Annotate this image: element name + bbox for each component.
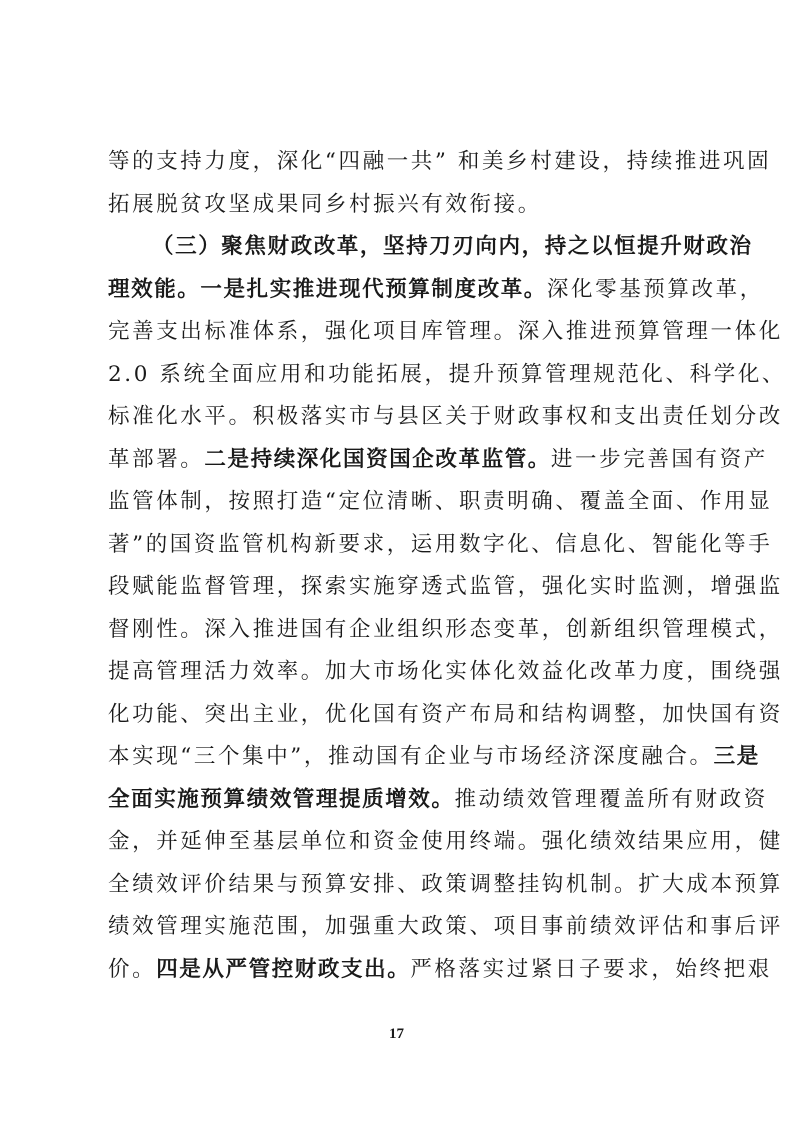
- bold-lead-text: 理效能。一是扎实推进现代预算制度改革。: [108, 277, 547, 302]
- bold-lead-text: 四是从严管控财政支出。: [156, 957, 410, 982]
- text-segment: 深化零基预算改革，: [547, 277, 764, 302]
- paragraph-line: 理效能。一是扎实推进现代预算制度改革。深化零基预算改革，: [108, 276, 688, 304]
- paragraph-line: 监管体制，按照打造“定位清晰、职责明确、覆盖全面、作用显: [108, 488, 688, 516]
- text-segment: 拓展脱贫攻坚成果同乡村振兴有效衔接。: [108, 192, 542, 217]
- paragraph-line: 革部署。二是持续深化国资国企改革监管。进一步完善国有资产: [108, 446, 688, 474]
- text-segment: 监管体制，按照打造“定位清晰、职责明确、覆盖全面、作用显: [108, 489, 772, 514]
- bold-lead-text: 三是: [714, 744, 760, 769]
- page-number: 17: [0, 1026, 793, 1043]
- text-segment: 全绩效评价结果与预算安排、政策调整挂钩机制。扩大成本预算: [108, 872, 783, 897]
- text-segment: 革部署。: [108, 447, 204, 472]
- paragraph-line: 化功能、突出主业，优化国有资产布局和结构调整，加快国有资: [108, 701, 688, 729]
- paragraph-line: 金，并延伸至基层单位和资金使用终端。强化绩效结果应用，健: [108, 828, 688, 856]
- text-segment: 价。: [108, 957, 156, 982]
- paragraph-line: 拓展脱贫攻坚成果同乡村振兴有效衔接。: [108, 191, 688, 219]
- text-segment: 严格落实过紧日子要求，始终把艰: [410, 957, 772, 982]
- section-heading: （三）聚焦财政改革，坚持刀刃向内，持之以恒提升财政治: [152, 233, 732, 261]
- paragraph-line: 全绩效评价结果与预算安排、政策调整挂钩机制。扩大成本预算: [108, 871, 688, 899]
- text-segment: 金，并延伸至基层单位和资金使用终端。强化绩效结果应用，健: [108, 829, 783, 854]
- text-segment: 绩效管理实施范围，加强重大政策、项目事前绩效评估和事后评: [108, 914, 783, 939]
- text-segment: 完善支出标准体系，强化项目库管理。深入推进预算管理一体化: [108, 319, 783, 344]
- text-segment: 标准化水平。积极落实市与县区关于财政事权和支出责任划分改: [108, 404, 783, 429]
- paragraph-line: 完善支出标准体系，强化项目库管理。深入推进预算管理一体化: [108, 318, 688, 346]
- text-segment: 段赋能监督管理，探索实施穿透式监管，强化实时监测，增强监: [108, 574, 783, 599]
- paragraph-line: 提高管理活力效率。加大市场化实体化效益化改革力度，围绕强: [108, 658, 688, 686]
- paragraph-line: 本实现“三个集中”，推动国有企业与市场经济深度融合。三是: [108, 743, 688, 771]
- paragraph-line: 标准化水平。积极落实市与县区关于财政事权和支出责任划分改: [108, 403, 688, 431]
- text-segment: 化功能、突出主业，优化国有资产布局和结构调整，加快国有资: [108, 702, 783, 727]
- paragraph-line: 等的支持力度，深化“四融一共” 和美乡村建设，持续推进巩固: [108, 148, 688, 176]
- heading-text: （三）聚焦财政改革，坚持刀刃向内，持之以恒提升财政治: [152, 234, 753, 259]
- text-segment: 提高管理活力效率。加大市场化实体化效益化改革力度，围绕强: [108, 659, 783, 684]
- document-page: 等的支持力度，深化“四融一共” 和美乡村建设，持续推进巩固 拓展脱贫攻坚成果同乡…: [0, 0, 793, 1122]
- text-segment: 2.0 系统全面应用和功能拓展，提升预算管理规范化、科学化、: [108, 362, 786, 387]
- paragraph-line: 2.0 系统全面应用和功能拓展，提升预算管理规范化、科学化、: [108, 361, 688, 389]
- paragraph-line: 著”的国资监管机构新要求，运用数字化、信息化、智能化等手: [108, 531, 688, 559]
- paragraph-line: 全面实施预算绩效管理提质增效。推动绩效管理覆盖所有财政资: [108, 786, 688, 814]
- text-segment: 推动绩效管理覆盖所有财政资: [455, 787, 768, 812]
- text-segment: 进一步完善国有资产: [551, 447, 768, 472]
- paragraph-line: 段赋能监督管理，探索实施穿透式监管，强化实时监测，增强监: [108, 573, 688, 601]
- bold-lead-text: 二是持续深化国资国企改革监管。: [204, 447, 551, 472]
- paragraph-line: 绩效管理实施范围，加强重大政策、项目事前绩效评估和事后评: [108, 913, 688, 941]
- text-segment: 等的支持力度，深化“四融一共” 和美乡村建设，持续推进巩固: [108, 149, 771, 174]
- paragraph-line: 价。四是从严管控财政支出。严格落实过紧日子要求，始终把艰: [108, 956, 688, 984]
- text-segment: 著”的国资监管机构新要求，运用数字化、信息化、智能化等手: [108, 532, 772, 557]
- text-segment: 本实现“三个集中”，推动国有企业与市场经济深度融合。: [108, 744, 714, 769]
- text-segment: 督刚性。深入推进国有企业组织形态变革，创新组织管理模式，: [108, 617, 783, 642]
- bold-lead-text: 全面实施预算绩效管理提质增效。: [108, 787, 455, 812]
- paragraph-line: 督刚性。深入推进国有企业组织形态变革，创新组织管理模式，: [108, 616, 688, 644]
